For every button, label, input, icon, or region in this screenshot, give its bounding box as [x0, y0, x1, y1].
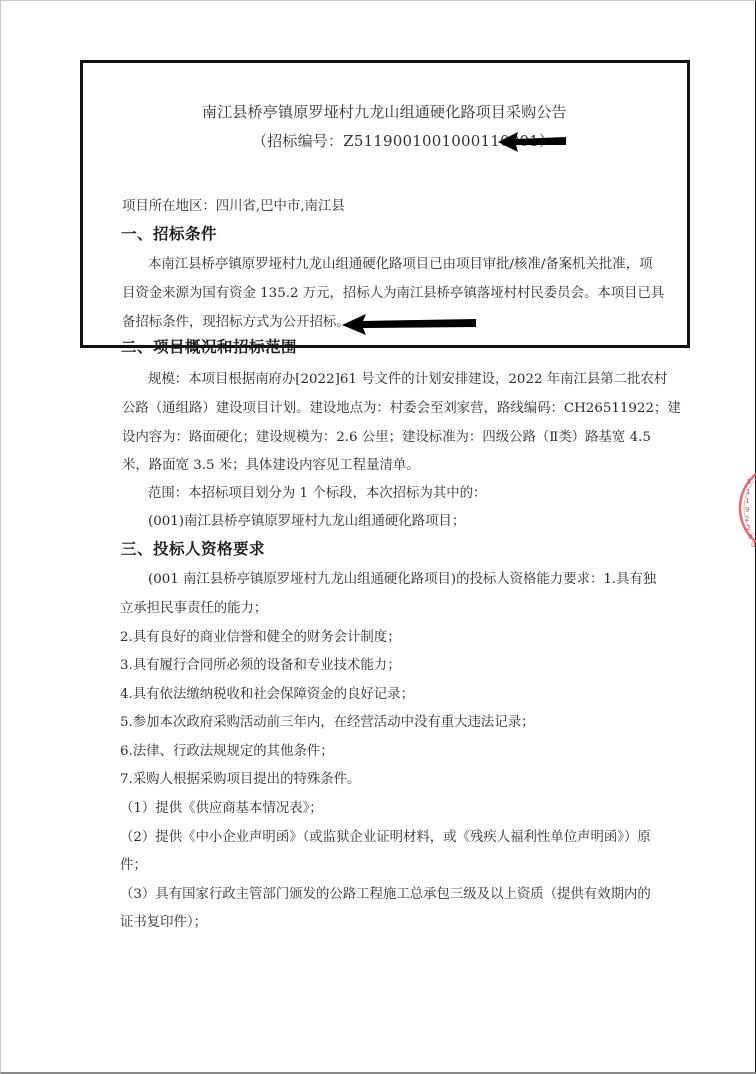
- document-title: 南江县桥亭镇原罗垭村九龙山组通硬化路项目采购公告: [202, 104, 567, 120]
- section-3-line: （3）具有国家行政主管部门颁发的公路工程施工总承包三级及以上资质（提供有效期内的: [120, 887, 651, 903]
- section-2-line: 公路（通组路）建设项目计划。建设地点为：村委会至刘家营，路线编码：CH26511…: [122, 401, 681, 417]
- section-3-line: 7.采购人根据采购项目提出的特殊条件。: [120, 772, 360, 788]
- arrow-left-icon: [342, 312, 478, 336]
- svg-text:9: 9: [745, 506, 749, 514]
- section-1-line: 备招标条件，现招标方式为公开招标。: [122, 315, 350, 331]
- section-3-line: 3.具有履行合同所必须的设备和专业技术能力；: [120, 658, 401, 674]
- section-heading-bidding-conditions: 一、招标条件: [121, 226, 217, 242]
- section-2-line: 规模：本项目根据南府办[2022]61 号文件的计划安排建设，2022 年南江县…: [148, 372, 667, 388]
- official-seal-icon: 5 1 1 9 2 2 0 0: [738, 458, 756, 558]
- section-3-line: (001 南江县桥亭镇原罗垭村九龙山组通硬化路项目)的投标人资格能力要求：1.具…: [148, 572, 656, 588]
- section-3-line: 立承担民事责任的能力；: [120, 601, 267, 617]
- svg-text:0: 0: [751, 541, 755, 549]
- section-3-line: 2.具有良好的商业信誉和健全的财务会计制度；: [120, 630, 401, 646]
- section-heading-bidder-qualifications: 三、投标人资格要求: [121, 541, 265, 557]
- svg-text:1: 1: [745, 497, 749, 505]
- section-3-line: 5.参加本次政府采购活动前三年内，在经营活动中没有重大违法记录；: [120, 715, 535, 731]
- section-heading-project-overview: 二、项目概况和招标范围: [121, 339, 297, 355]
- section-1-line: 本南江县桥亭镇原罗垭村九龙山组通硬化路项目已由项目审批/核准/备案机关批准，项: [148, 257, 652, 273]
- section-3-line: 6.法律、行政法规规定的其他条件；: [120, 744, 334, 760]
- section-3-line: 件；: [120, 858, 147, 874]
- arrow-left-icon: [498, 131, 568, 153]
- section-2-line: 设内容为：路面硬化；建设规模为：2.6 公里；建设标准为：四级公路（Ⅱ类）路基宽…: [122, 430, 651, 446]
- section-3-line: （2）提供《中小企业声明函》（或监狱企业证明材料，或《残疾人福利性单位声明函》）…: [120, 830, 651, 846]
- svg-text:2: 2: [745, 515, 749, 523]
- section-3-line: 证书复印件）；: [120, 915, 207, 931]
- svg-text:5: 5: [747, 478, 751, 486]
- svg-text:2: 2: [746, 524, 750, 532]
- section-3-line: 4.具有依法缴纳税收和社会保障资金的良好记录；: [120, 687, 414, 703]
- section-2-line: 米，路面宽 3.5 米；具体建设内容见工程量清单。: [122, 458, 420, 474]
- section-3-line: （1）提供《供应商基本情况表》；: [120, 801, 323, 817]
- project-location: 项目所在地区：四川省,巴中市,南江县: [122, 199, 345, 215]
- section-1-line: 目资金来源为国有资金 135.2 万元，招标人为南江县桥亭镇落垭村村民委员会。本…: [122, 286, 664, 302]
- section-2-line: (001)南江县桥亭镇原罗垭村九龙山组通硬化路项目；: [148, 514, 465, 530]
- svg-text:0: 0: [748, 533, 752, 541]
- svg-text:1: 1: [746, 488, 750, 496]
- section-2-line: 范围：本招标项目划分为 1 个标段，本次招标为其中的：: [148, 486, 486, 502]
